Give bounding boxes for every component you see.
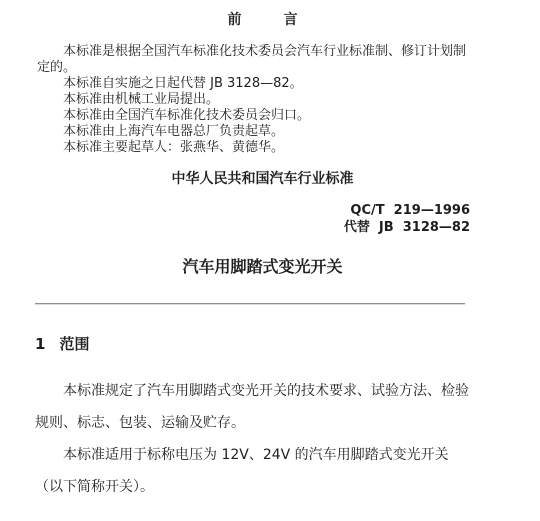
foreword-paragraph: 本标准由机械工业局提出。 xyxy=(37,92,473,108)
horizontal-rule xyxy=(35,303,465,305)
standard-header: 中华人民共和国汽车行业标准 xyxy=(37,171,488,187)
scope-paragraph: 本标准规定了汽车用脚踏式变光开关的技术要求、试验方法、检验规则、标志、包装、运输… xyxy=(35,375,475,439)
standard-number-block: QC/T 219—1996 代替 JB 3128—82 xyxy=(37,202,488,236)
section-number: 1 xyxy=(35,335,45,353)
section-heading: 1范围 xyxy=(35,336,488,353)
document-title: 汽车用脚踏式变光开关 xyxy=(37,258,488,276)
foreword-section: 本标准是根据全国汽车标准化技术委员会汽车行业标准制、修订计划制定的。 本标准自实… xyxy=(37,44,473,156)
foreword-paragraph: 本标准自实施之日起代替 JB 3128—82。 xyxy=(37,76,473,92)
foreword-paragraph: 本标准由上海汽车电器总厂负责起草。 xyxy=(37,124,473,140)
foreword-title: 前 言 xyxy=(37,0,488,28)
standard-replaces: 代替 JB 3128—82 xyxy=(37,219,470,236)
foreword-paragraph: 本标准由全国汽车标准化技术委员会归口。 xyxy=(37,108,473,124)
scope-paragraph: 本标准适用于标称电压为 12V、24V 的汽车用脚踏式变光开关（以下简称开关）。 xyxy=(35,439,475,503)
scope-section: 本标准规定了汽车用脚踏式变光开关的技术要求、试验方法、检验规则、标志、包装、运输… xyxy=(35,375,475,503)
document-page: 前 言 本标准是根据全国汽车标准化技术委员会汽车行业标准制、修订计划制定的。 本… xyxy=(0,0,540,521)
foreword-paragraph: 本标准主要起草人：张燕华、黄德华。 xyxy=(37,140,473,156)
section-title: 范围 xyxy=(59,335,89,353)
foreword-paragraph: 本标准是根据全国汽车标准化技术委员会汽车行业标准制、修订计划制定的。 xyxy=(37,44,473,76)
standard-number: QC/T 219—1996 xyxy=(37,202,470,219)
